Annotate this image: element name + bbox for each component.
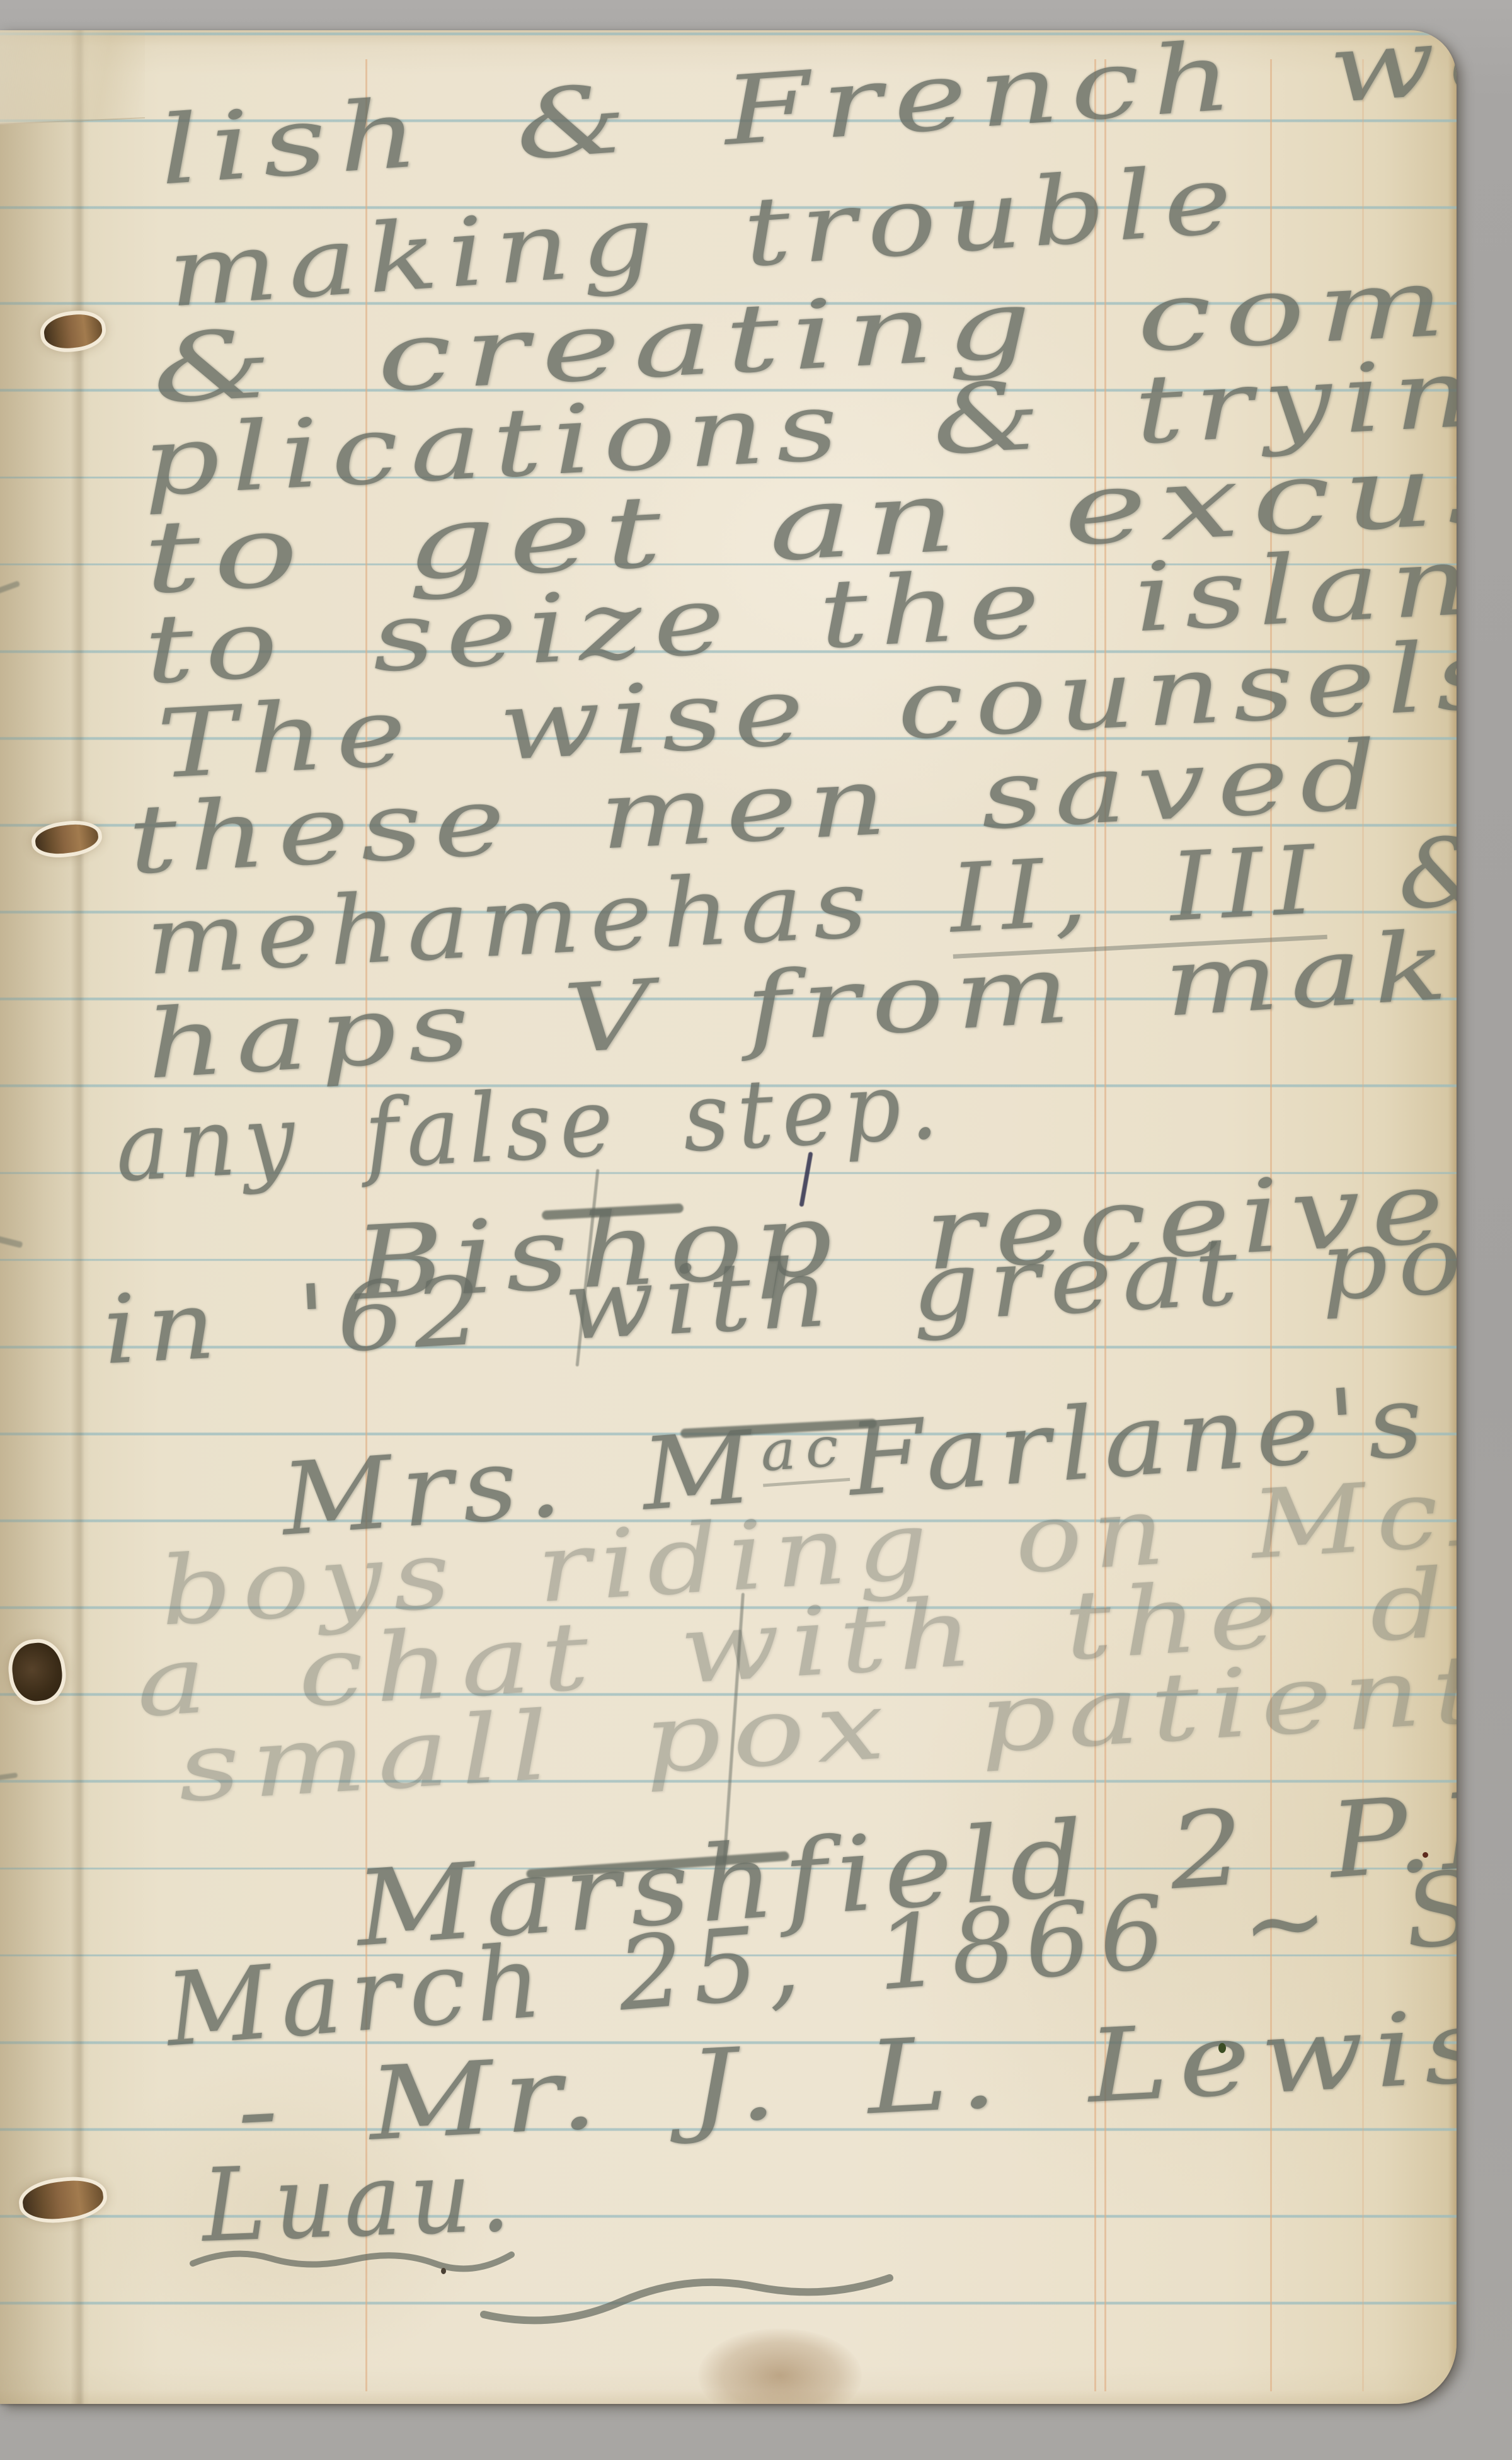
spine-shading <box>0 30 81 2404</box>
spine-crease <box>71 30 89 2404</box>
luau-underline-squiggle <box>189 2245 517 2276</box>
notebook-page: lish & French were making trouble & crea… <box>0 30 1457 2404</box>
superscript-ac: ac <box>759 1414 850 1487</box>
green-speck <box>1218 2043 1226 2053</box>
handwriting-line-21: Luau. <box>200 2144 520 2256</box>
top-left-fold <box>0 30 145 125</box>
dark-speck <box>441 2268 446 2274</box>
closing-squiggle <box>479 2265 895 2328</box>
notebook-scan: lish & French were making trouble & crea… <box>0 0 1512 2460</box>
red-speck <box>1423 1852 1428 1858</box>
